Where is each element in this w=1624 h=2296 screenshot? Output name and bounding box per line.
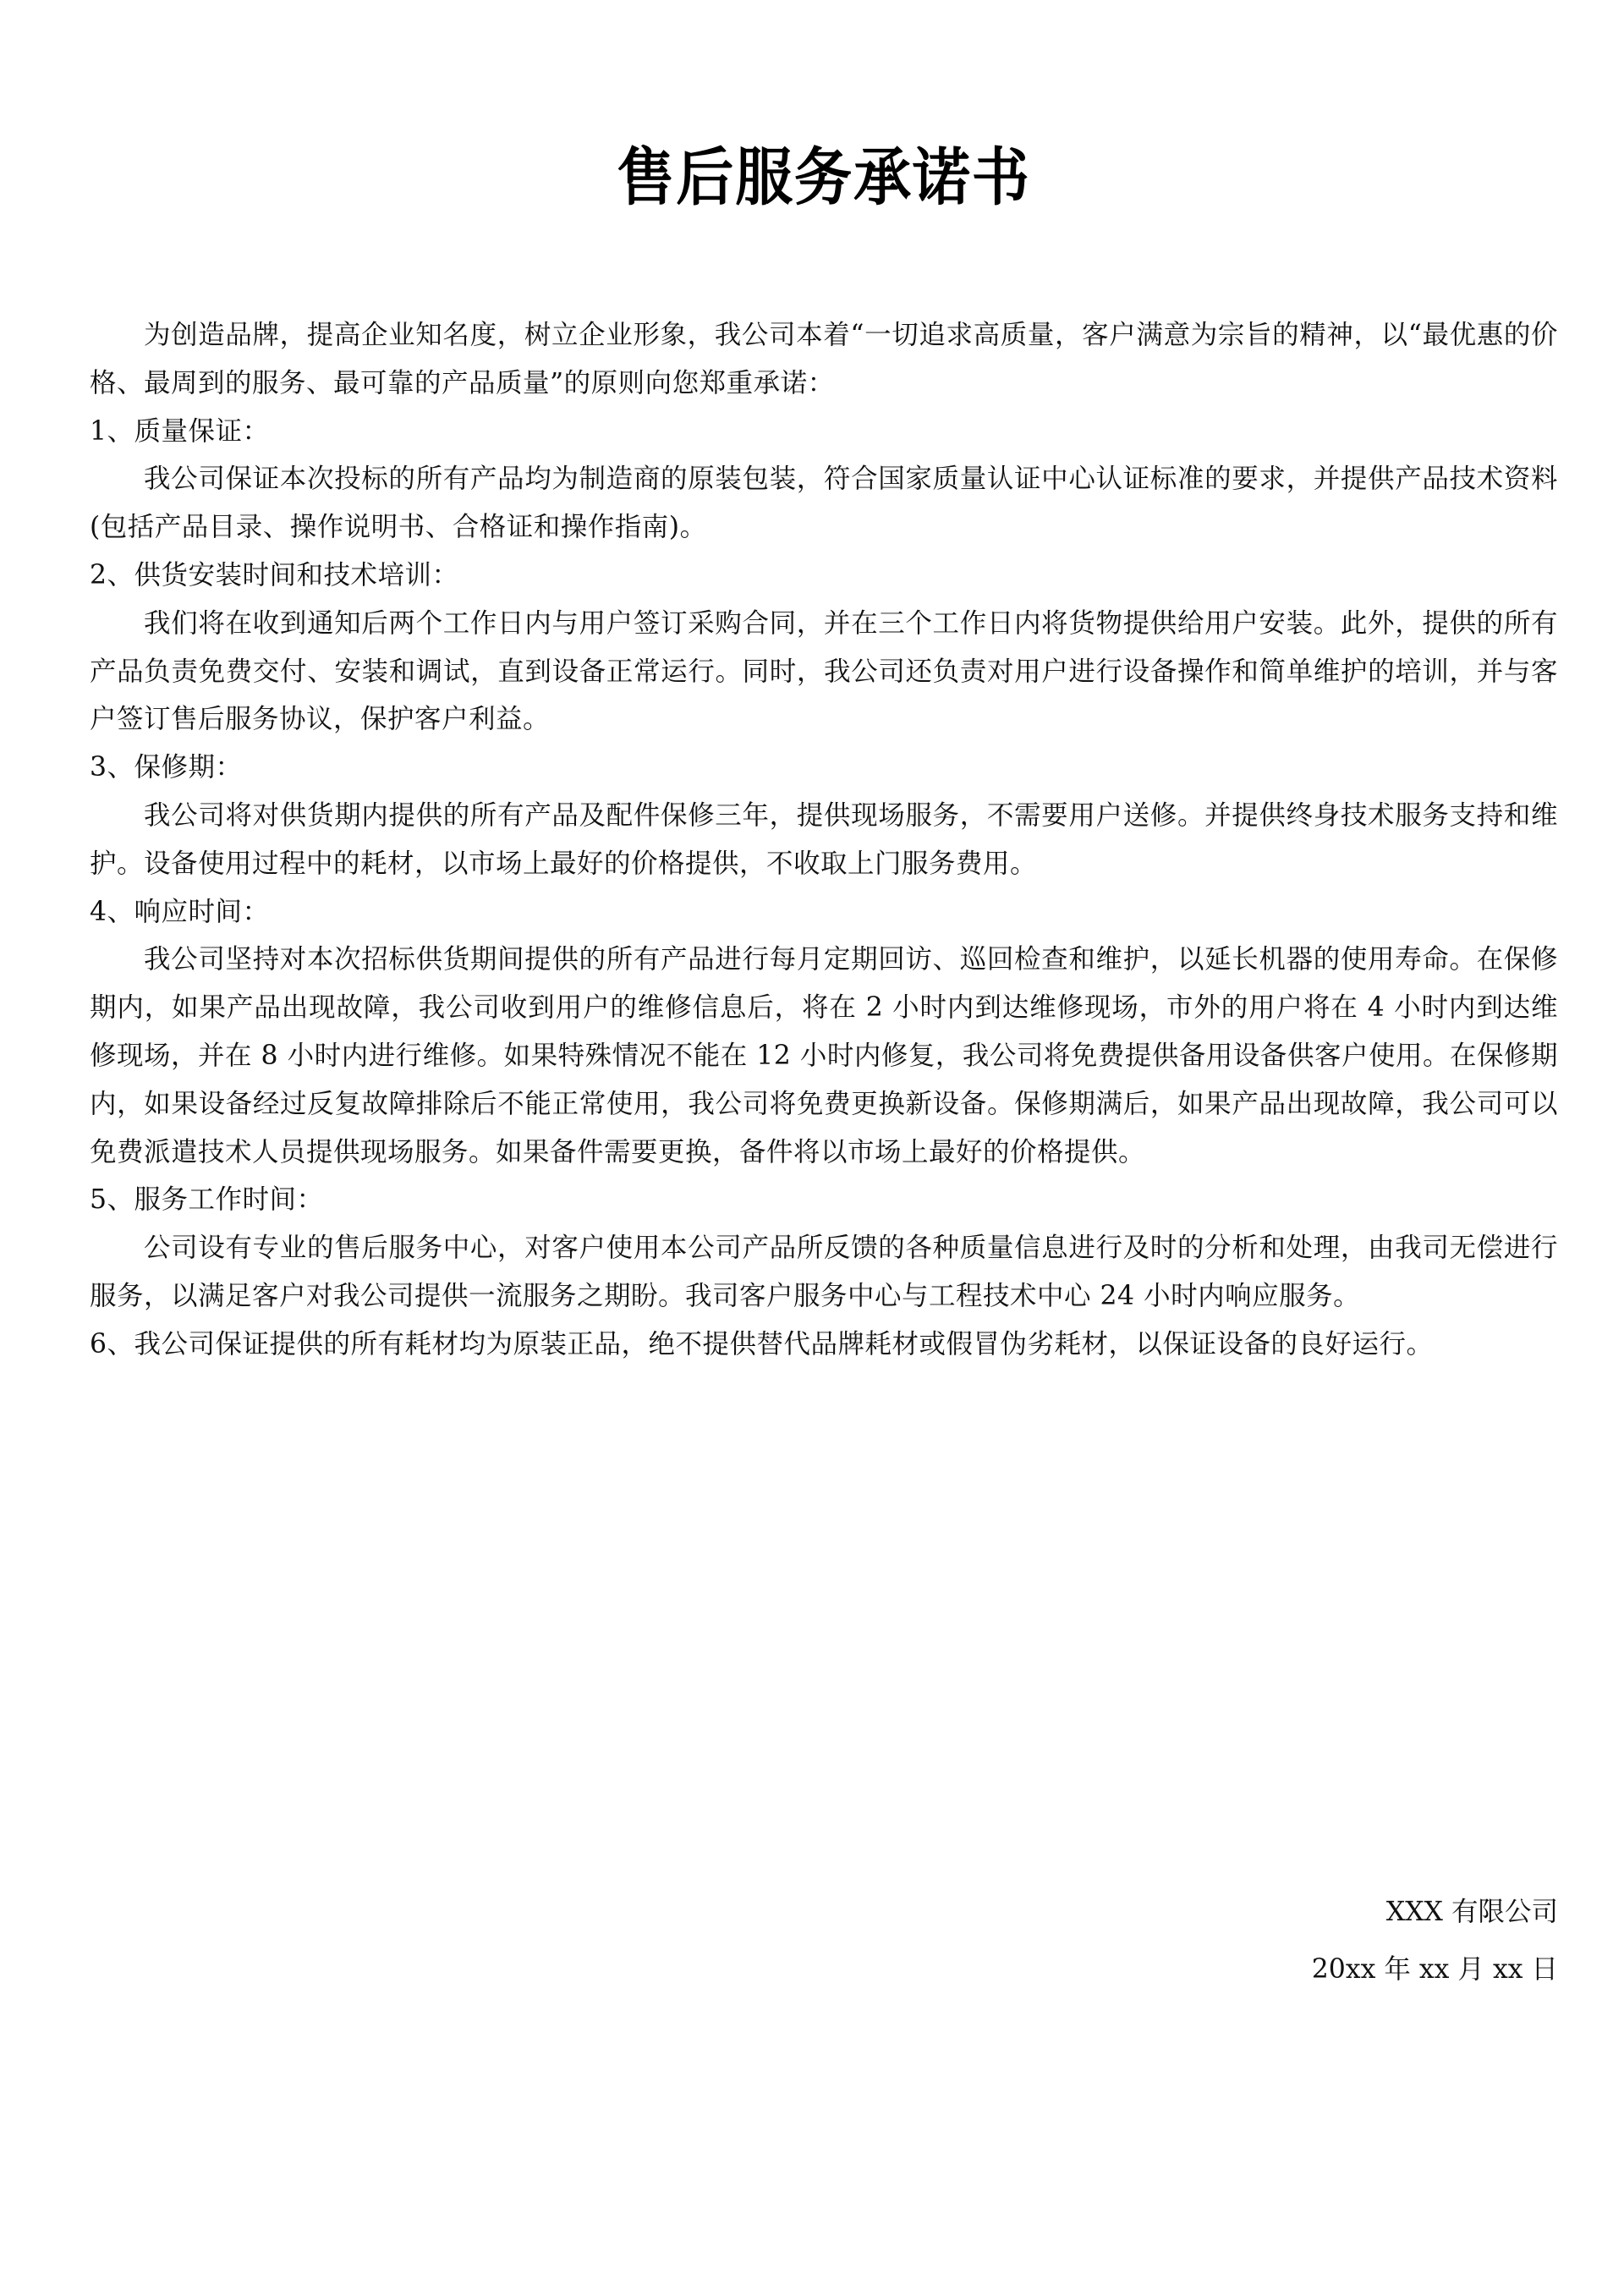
document-body: 为创造品牌，提高企业知名度，树立企业形象，我公司本着“一切追求高质量，客户满意为… [90, 311, 1558, 1369]
section-heading-delivery: 2、供货安装时间和技术培训： [90, 552, 1558, 600]
section-body-quality: 我公司保证本次投标的所有产品均为制造商的原装包装，符合国家质量认证中心认证标准的… [90, 455, 1558, 552]
intro-paragraph: 为创造品牌，提高企业知名度，树立企业形象，我公司本着“一切追求高质量，客户满意为… [90, 311, 1558, 408]
section-body-service-hours: 公司设有专业的售后服务中心，对客户使用本公司产品所反馈的各种质量信息进行及时的分… [90, 1224, 1558, 1321]
document-title: 售后服务承诺书 [148, 135, 1499, 220]
signature-date: 20xx 年 xx 月 xx 日 [1051, 1946, 1558, 1994]
section-heading-warranty: 3、保修期： [90, 744, 1558, 792]
closing-paragraph: 6、我公司保证提供的所有耗材均为原装正品，绝不提供替代品牌耗材或假冒伪劣耗材，以… [90, 1321, 1558, 1369]
section-body-delivery: 我们将在收到通知后两个工作日内与用户签订采购合同，并在三个工作日内将货物提供给用… [90, 600, 1558, 744]
section-heading-response: 4、响应时间： [90, 888, 1558, 937]
section-heading-service-hours: 5、服务工作时间： [90, 1176, 1558, 1224]
section-heading-quality: 1、质量保证： [90, 408, 1558, 456]
section-body-warranty: 我公司将对供货期内提供的所有产品及配件保修三年，提供现场服务，不需要用户送修。并… [90, 792, 1558, 888]
signature-company: XXX 有限公司 [1051, 1888, 1558, 1936]
section-body-response: 我公司坚持对本次招标供货期间提供的所有产品进行每月定期回访、巡回检查和维护，以延… [90, 936, 1558, 1176]
